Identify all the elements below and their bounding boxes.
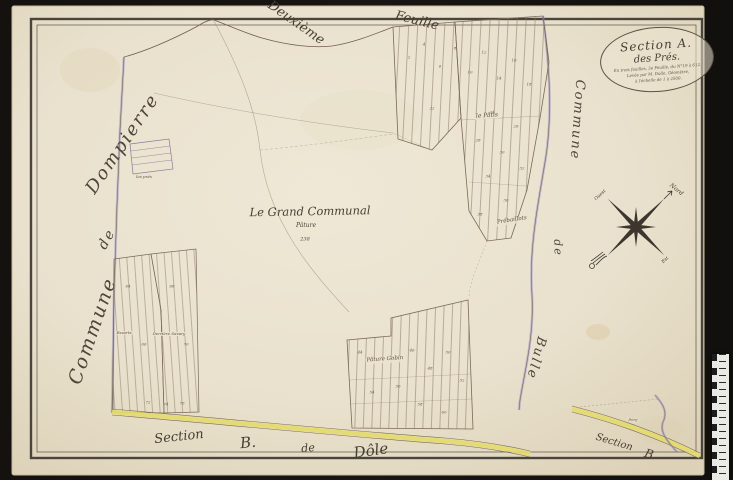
parcel-number-main: 238 <box>300 238 310 243</box>
place-pature: Pâture <box>296 223 316 229</box>
place-derriere-savary: Derrière Savary <box>152 332 187 336</box>
place-essarts: Essarts <box>116 331 133 335</box>
place-grand-communal: Le Grand Communal <box>249 205 370 219</box>
photo-backdrop: Deuxième Feuille Commune de Dompierre Co… <box>0 0 733 480</box>
photo-ruler <box>712 354 729 480</box>
bottom-label-de: de <box>301 442 315 454</box>
neighbor-right-de: de <box>552 239 564 257</box>
cartouche-section-title: Section A. <box>620 35 693 54</box>
bottom-label-b: B. <box>239 435 256 452</box>
place-les-pres: les prés <box>135 175 153 179</box>
ruler-scale-blocks <box>712 354 717 480</box>
ruler-tick-marks <box>719 354 726 480</box>
